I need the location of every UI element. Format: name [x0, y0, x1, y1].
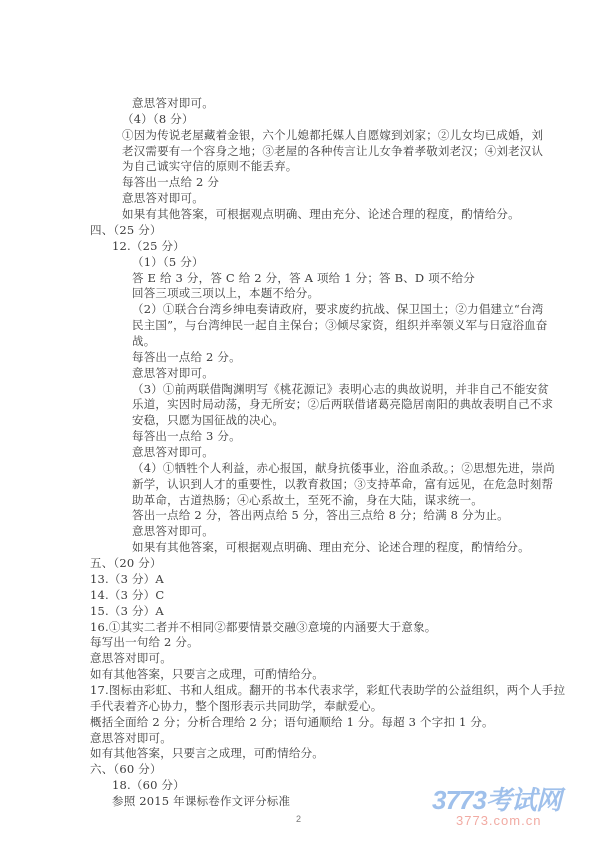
- watermark-url: 3773.com.cn: [456, 813, 541, 828]
- document-line: 如果有其他答案，可根据观点明确、理由充分、论述合理的程度，酌情给分。: [122, 205, 520, 223]
- document-line: 民主国”，与台湾绅民一起自主保台；③倾尽家资，组织并率领义军与日寇浴血奋: [132, 316, 548, 334]
- page-number: 2: [296, 814, 301, 824]
- document-line: 如果有其他答案，可根据观点明确、理由充分、论述合理的程度，酌情给分。: [132, 538, 530, 556]
- watermark-brand: 3773考试网: [432, 780, 561, 817]
- document-page: 意思答对即可。（4）（8 分）①因为传说老屋藏着金银，六个儿媳都托媒人自愿嫁到刘…: [0, 0, 600, 848]
- document-line: 参照 2015 年课标卷作文评分标准: [112, 792, 290, 810]
- watermark-logo: 3773考试网 3773.com.cn: [432, 780, 592, 840]
